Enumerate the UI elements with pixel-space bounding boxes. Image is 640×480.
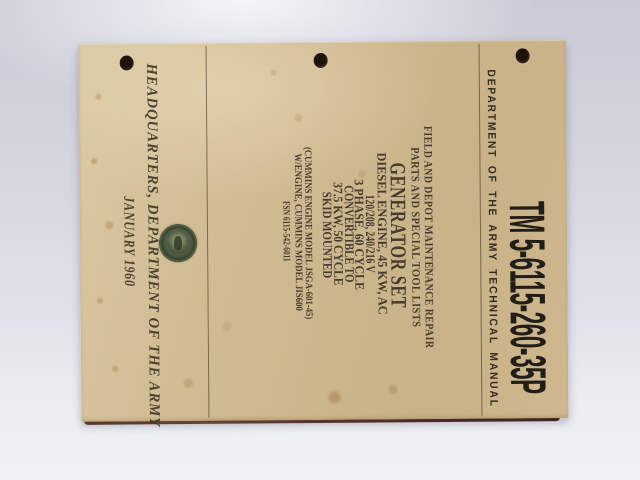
photo-background: DEPARTMENT OF THE ARMY TECHNICAL MANUAL … — [0, 0, 640, 480]
headquarters-line: HEADQUARTERS, DEPARTMENT OF THE ARMY — [142, 63, 162, 427]
fsn-number: FSN 6115-542-6011 — [280, 201, 291, 262]
manual-cover: DEPARTMENT OF THE ARMY TECHNICAL MANUAL … — [79, 40, 569, 422]
punch-hole — [120, 55, 134, 70]
punch-hole — [516, 48, 530, 63]
column-divider — [206, 46, 210, 418]
w-engine-model-line: W/ENGINE, CUMMINS MODEL JIS600 — [292, 153, 304, 311]
army-seal-icon — [159, 224, 197, 262]
maintenance-header-line-1: FIELD AND DEPOT MAINTENANCE REPAIR — [421, 126, 435, 349]
tm-number: TM 5-6115-260-35P — [498, 201, 558, 394]
publication-date: JANUARY 1960 — [119, 196, 137, 287]
punch-hole — [314, 53, 328, 68]
column-divider — [479, 44, 483, 416]
subtitle-skid-mounted: SKID MOUNTED — [319, 192, 336, 279]
